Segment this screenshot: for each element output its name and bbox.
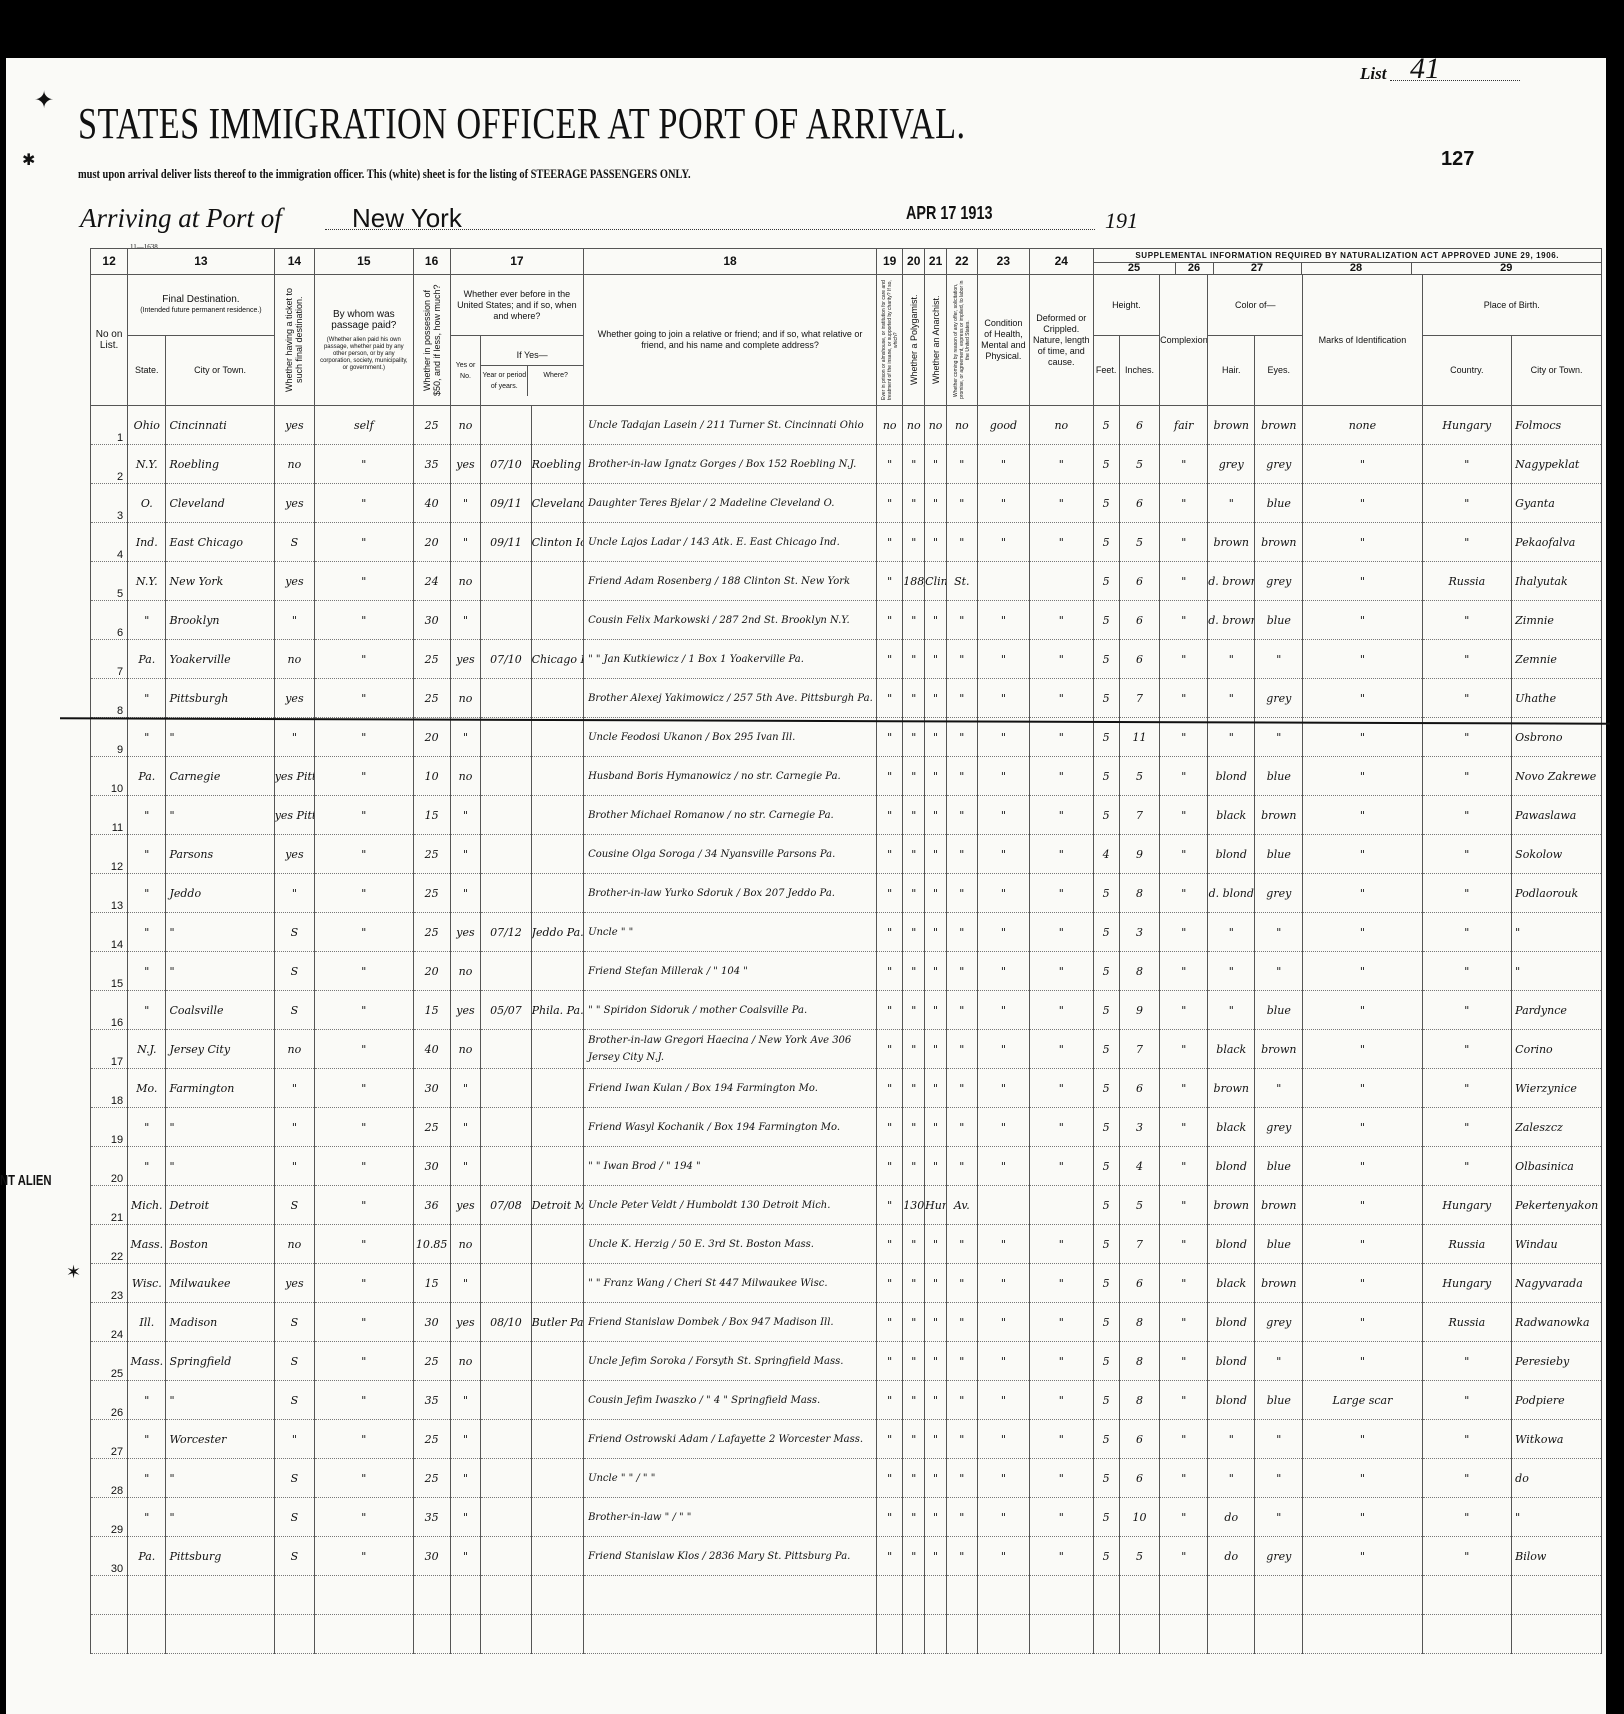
cell-money: 25	[413, 640, 450, 679]
cell-complexion: "	[1160, 1069, 1208, 1108]
cell-paid: "	[315, 796, 413, 835]
cell-before: yes	[450, 1303, 481, 1342]
cell-prison: "	[877, 523, 903, 562]
cell-join: Brother Alexej Yakimowicz / 257 5th Ave.…	[584, 679, 877, 718]
cell-ft: 5	[1093, 1264, 1119, 1303]
cell-hair: blond	[1208, 757, 1255, 796]
table-row: 28""S"25"Uncle " " / " """""""56"""""do	[91, 1459, 1602, 1498]
cell-ticket: S	[274, 1186, 314, 1225]
cell-marks: "	[1303, 757, 1422, 796]
cell-birth-city: Pekaofalva	[1512, 523, 1602, 562]
cell-hair: "	[1208, 484, 1255, 523]
cell-before: no	[450, 757, 481, 796]
cell-birth-city: Pardynce	[1512, 991, 1602, 1030]
final-destination-note: (Intended future permanent residence.)	[128, 305, 274, 316]
empty-cell	[531, 1615, 583, 1654]
cell-before: "	[450, 874, 481, 913]
cell-no: 16	[91, 991, 128, 1030]
empty-cell	[1119, 1576, 1159, 1615]
cell-marks: "	[1303, 1030, 1422, 1069]
cell-poly: 188/90	[903, 562, 925, 601]
cell-join: Cousin Felix Markowski / 287 2nd St. Bro…	[584, 601, 877, 640]
header-city: City or Town.	[166, 336, 274, 406]
cell-health: "	[977, 523, 1029, 562]
cell-no: 30	[91, 1537, 128, 1576]
cell-city: "	[166, 718, 274, 757]
cell-anarch: "	[925, 1147, 947, 1186]
cell-ft: 5	[1093, 757, 1119, 796]
cell-country: "	[1422, 445, 1512, 484]
cell-paid: "	[315, 1186, 413, 1225]
cell-year: 09/11	[481, 484, 531, 523]
cell-contract: St.	[947, 562, 978, 601]
cell-deformed: "	[1030, 835, 1093, 874]
cell-paid: "	[315, 1030, 413, 1069]
cell-birth-city: Windau	[1512, 1225, 1602, 1264]
cell-deformed: "	[1030, 484, 1093, 523]
cell-no: 18	[91, 1069, 128, 1108]
cell-contract: "	[947, 1303, 978, 1342]
cell-birth-city: Wierzynice	[1512, 1069, 1602, 1108]
cell-eyes: blue	[1255, 991, 1303, 1030]
cell-deformed: "	[1030, 445, 1093, 484]
cell-prison: "	[877, 757, 903, 796]
cell-deformed: "	[1030, 1459, 1093, 1498]
col-num-12: 12	[91, 249, 128, 275]
cell-state: O.	[128, 484, 166, 523]
cell-join: Brother Michael Romanow / no str. Carneg…	[584, 796, 877, 835]
cell-ft: 5	[1093, 991, 1119, 1030]
cell-contract: "	[947, 1225, 978, 1264]
cell-ft: 5	[1093, 1069, 1119, 1108]
cell-ticket: S	[274, 1537, 314, 1576]
cell-before: "	[450, 601, 481, 640]
cell-deformed: "	[1030, 1342, 1093, 1381]
table-row: 22Mass.Bostonno"10.85noUncle K. Herzig /…	[91, 1225, 1602, 1264]
cell-no: 19	[91, 1108, 128, 1147]
cell-state: Mich.	[128, 1186, 166, 1225]
cell-join: Uncle " "	[584, 913, 877, 952]
empty-cell	[1512, 1576, 1602, 1615]
cell-health: "	[977, 991, 1029, 1030]
cell-paid: "	[315, 1264, 413, 1303]
cell-city: Cleveland	[166, 484, 274, 523]
cell-paid: "	[315, 1342, 413, 1381]
empty-cell	[925, 1576, 947, 1615]
cell-before: "	[450, 1420, 481, 1459]
cell-ft: 5	[1093, 1303, 1119, 1342]
cell-health: "	[977, 1303, 1029, 1342]
cell-poly: "	[903, 1342, 925, 1381]
cell-ticket: S	[274, 523, 314, 562]
cell-ft: 5	[1093, 1225, 1119, 1264]
cell-no: 27	[91, 1420, 128, 1459]
cell-birth-city: Zimnie	[1512, 601, 1602, 640]
cell-ticket: S	[274, 1459, 314, 1498]
cell-marks: "	[1303, 952, 1422, 991]
cell-money: 25	[413, 835, 450, 874]
cell-ft: 5	[1093, 1108, 1119, 1147]
cell-complexion: "	[1160, 640, 1208, 679]
cell-ft: 5	[1093, 718, 1119, 757]
cell-year	[481, 1225, 531, 1264]
cell-hair: "	[1208, 1459, 1255, 1498]
cell-in: 6	[1119, 484, 1159, 523]
cell-contract: "	[947, 640, 978, 679]
cell-country: "	[1422, 1498, 1512, 1537]
cell-poly: "	[903, 1498, 925, 1537]
cell-join: Friend Stefan Millerak / " 104 "	[584, 952, 877, 991]
cell-prison: "	[877, 1186, 903, 1225]
cell-year	[481, 601, 531, 640]
cell-health: "	[977, 1381, 1029, 1420]
cell-paid: "	[315, 952, 413, 991]
header-prison: Ever in prison or almshouse, or institut…	[877, 275, 903, 406]
cell-before: no	[450, 406, 481, 445]
cell-health: "	[977, 835, 1029, 874]
header-final-destination: Final Destination. (Intended future perm…	[128, 275, 275, 336]
cell-before: no	[450, 562, 481, 601]
cell-before: "	[450, 1498, 481, 1537]
cell-poly: "	[903, 1420, 925, 1459]
cell-birth-city: Podpiere	[1512, 1381, 1602, 1420]
cell-city: Cincinnati	[166, 406, 274, 445]
cell-marks: "	[1303, 1264, 1422, 1303]
cell-prison: "	[877, 445, 903, 484]
cell-marks: "	[1303, 601, 1422, 640]
cell-ft: 5	[1093, 1030, 1119, 1069]
cell-hair: "	[1208, 679, 1255, 718]
cell-in: 6	[1119, 1264, 1159, 1303]
cell-birth-city: Peresieby	[1512, 1342, 1602, 1381]
cell-in: 5	[1119, 1537, 1159, 1576]
cell-before: yes	[450, 1186, 481, 1225]
cell-city: "	[166, 1498, 274, 1537]
year-label: Year or period of years.	[481, 366, 528, 396]
header-deformed: Deformed or Crippled. Nature, length of …	[1030, 275, 1093, 406]
table-row: 11""yes Pittsburg"15"Brother Michael Rom…	[91, 796, 1602, 835]
header-hair: Hair.	[1208, 336, 1255, 406]
cell-join: " " Franz Wang / Cheri St 447 Milwaukee …	[584, 1264, 877, 1303]
cell-poly: "	[903, 1381, 925, 1420]
cell-health: "	[977, 1498, 1029, 1537]
cell-contract: "	[947, 1498, 978, 1537]
cell-no: 15	[91, 952, 128, 991]
cell-contract: "	[947, 718, 978, 757]
header-color-of: Color of—	[1208, 275, 1303, 336]
cell-eyes: grey	[1255, 874, 1303, 913]
cell-ticket: "	[274, 1147, 314, 1186]
cell-before: no	[450, 952, 481, 991]
cell-health: "	[977, 601, 1029, 640]
cell-no: 12	[91, 835, 128, 874]
cell-year	[481, 1069, 531, 1108]
cell-before: "	[450, 1459, 481, 1498]
cell-join: Husband Boris Hymanowicz / no str. Carne…	[584, 757, 877, 796]
table-row: 12"Parsonsyes"25"Cousine Olga Soroga / 3…	[91, 835, 1602, 874]
cell-health: "	[977, 1069, 1029, 1108]
cell-complexion: "	[1160, 1225, 1208, 1264]
cell-year: 07/12	[481, 913, 531, 952]
cell-prison: "	[877, 1108, 903, 1147]
cell-before: "	[450, 796, 481, 835]
cell-hair: "	[1208, 1420, 1255, 1459]
cell-contract: "	[947, 1264, 978, 1303]
cell-money: 10.85	[413, 1225, 450, 1264]
cell-no: 11	[91, 796, 128, 835]
cell-year	[481, 679, 531, 718]
cell-where	[531, 1069, 583, 1108]
cell-state: Mo.	[128, 1069, 166, 1108]
cell-birth-city: Bilow	[1512, 1537, 1602, 1576]
cell-money: 15	[413, 991, 450, 1030]
cell-birth-city: Gyanta	[1512, 484, 1602, 523]
cell-money: 40	[413, 484, 450, 523]
cell-eyes: blue	[1255, 1381, 1303, 1420]
page-title: STATES IMMIGRATION OFFICER AT PORT OF AR…	[78, 98, 966, 149]
cell-marks: "	[1303, 835, 1422, 874]
cell-where	[531, 952, 583, 991]
cell-contract: "	[947, 874, 978, 913]
cell-ticket: S	[274, 1303, 314, 1342]
cell-paid: "	[315, 679, 413, 718]
cell-year	[481, 1420, 531, 1459]
cell-country: "	[1422, 1381, 1512, 1420]
cell-city: Jersey City	[166, 1030, 274, 1069]
cell-deformed: "	[1030, 1498, 1093, 1537]
cell-birth-city: Zemnie	[1512, 640, 1602, 679]
cell-hair: d. brown	[1208, 562, 1255, 601]
cell-health: "	[977, 1147, 1029, 1186]
cell-contract: "	[947, 523, 978, 562]
cell-anarch: Humboldt	[925, 1186, 947, 1225]
table-row: 6"Brooklyn""30"Cousin Felix Markowski / …	[91, 601, 1602, 640]
cell-where	[531, 1342, 583, 1381]
cell-prison: "	[877, 1264, 903, 1303]
cell-ft: 5	[1093, 679, 1119, 718]
table-row: 21Mich.DetroitS"36yes07/08Detroit Mich.U…	[91, 1186, 1602, 1225]
cell-eyes: "	[1255, 1498, 1303, 1537]
cell-paid: "	[315, 1147, 413, 1186]
cell-ticket: no	[274, 445, 314, 484]
cell-in: 6	[1119, 406, 1159, 445]
empty-cell	[1160, 1576, 1208, 1615]
cell-no: 29	[91, 1498, 128, 1537]
col-num-16: 16	[413, 249, 450, 275]
col-num-17: 17	[450, 249, 583, 275]
cell-contract: "	[947, 601, 978, 640]
empty-cell	[481, 1576, 531, 1615]
cell-country: "	[1422, 1420, 1512, 1459]
cell-ft: 5	[1093, 601, 1119, 640]
cell-deformed: no	[1030, 406, 1093, 445]
cell-health: "	[977, 1537, 1029, 1576]
cell-poly: "	[903, 523, 925, 562]
cell-money: 15	[413, 1264, 450, 1303]
cell-health: "	[977, 796, 1029, 835]
cell-birth-city: Pawaslawa	[1512, 796, 1602, 835]
cell-before: "	[450, 1069, 481, 1108]
cell-eyes: grey	[1255, 679, 1303, 718]
cell-where	[531, 874, 583, 913]
header-money: Whether in possession of $50, and if les…	[413, 275, 450, 406]
cell-hair: black	[1208, 1264, 1255, 1303]
header-if-yes: If Yes— Year or period of years. Where?	[481, 336, 584, 406]
cell-where	[531, 796, 583, 835]
cell-birth-city: Folmocs	[1512, 406, 1602, 445]
cell-state: Wisc.	[128, 1264, 166, 1303]
cell-state: Pa.	[128, 640, 166, 679]
empty-cell	[481, 1615, 531, 1654]
cell-health: "	[977, 445, 1029, 484]
cell-eyes: brown	[1255, 1186, 1303, 1225]
cell-money: 30	[413, 1147, 450, 1186]
empty-cell	[1030, 1576, 1093, 1615]
cell-year	[481, 757, 531, 796]
cell-before: "	[450, 1381, 481, 1420]
cell-year	[481, 1147, 531, 1186]
cell-eyes: "	[1255, 640, 1303, 679]
table-row: 20""""30"" " Iwan Brod / " 194 """""""54…	[91, 1147, 1602, 1186]
cell-money: 24	[413, 562, 450, 601]
empty-cell	[1030, 1615, 1093, 1654]
money-label: Whether in possession of $50, and if les…	[422, 280, 442, 400]
where-label: Where?	[528, 366, 583, 396]
cell-hair: blond	[1208, 1225, 1255, 1264]
cell-health: "	[977, 952, 1029, 991]
header-yes-no: Yes or No.	[450, 336, 481, 406]
col-num-21: 21	[925, 249, 947, 275]
cell-complexion: "	[1160, 874, 1208, 913]
cell-birth-city: Pekertenyakon	[1512, 1186, 1602, 1225]
cell-marks: "	[1303, 1498, 1422, 1537]
cell-prison: "	[877, 952, 903, 991]
cell-ft: 5	[1093, 1498, 1119, 1537]
cell-money: 25	[413, 679, 450, 718]
cell-birth-city: "	[1512, 913, 1602, 952]
cell-city: Milwaukee	[166, 1264, 274, 1303]
cell-deformed: "	[1030, 1108, 1093, 1147]
cell-year	[481, 952, 531, 991]
cell-ticket: S	[274, 913, 314, 952]
cell-prison: "	[877, 1381, 903, 1420]
cell-poly: "	[903, 796, 925, 835]
cell-complexion: "	[1160, 1147, 1208, 1186]
cell-poly: "	[903, 1537, 925, 1576]
cell-where: Jeddo Pa.	[531, 913, 583, 952]
cell-hair: blond	[1208, 835, 1255, 874]
cell-eyes: blue	[1255, 835, 1303, 874]
cell-hair: blond	[1208, 1381, 1255, 1420]
cell-birth-city: Podlaorouk	[1512, 874, 1602, 913]
cell-country: Russia	[1422, 1225, 1512, 1264]
ink-mark-icon: ✶	[66, 1262, 81, 1283]
cell-birth-city: Witkowa	[1512, 1420, 1602, 1459]
header-anarchist: Whether an Anarchist.	[925, 275, 947, 406]
cell-paid: "	[315, 1303, 413, 1342]
cell-ft: 5	[1093, 523, 1119, 562]
cell-poly: "	[903, 1303, 925, 1342]
cell-in: 4	[1119, 1147, 1159, 1186]
cell-anarch: "	[925, 601, 947, 640]
header-join-relative: Whether going to join a relative or frie…	[584, 275, 877, 406]
cell-state: Pa.	[128, 757, 166, 796]
cell-in: 5	[1119, 1186, 1159, 1225]
cell-health	[977, 562, 1029, 601]
cell-prison: "	[877, 1225, 903, 1264]
cell-join: Brother-in-law " / " "	[584, 1498, 877, 1537]
cell-money: 30	[413, 1303, 450, 1342]
cell-where	[531, 1264, 583, 1303]
cell-eyes: "	[1255, 1069, 1303, 1108]
cell-marks: "	[1303, 523, 1422, 562]
cell-complexion: "	[1160, 1459, 1208, 1498]
cell-country: Hungary	[1422, 1186, 1512, 1225]
cell-where	[531, 757, 583, 796]
cell-prison: "	[877, 1147, 903, 1186]
cell-health: "	[977, 1225, 1029, 1264]
cell-year	[481, 406, 531, 445]
cell-in: 5	[1119, 523, 1159, 562]
cell-paid: "	[315, 913, 413, 952]
cell-marks: "	[1303, 1225, 1422, 1264]
cell-poly: "	[903, 874, 925, 913]
cell-deformed: "	[1030, 1069, 1093, 1108]
cell-in: 6	[1119, 601, 1159, 640]
cell-year	[481, 874, 531, 913]
cell-no: 23	[91, 1264, 128, 1303]
cell-country: "	[1422, 601, 1512, 640]
cell-ticket: S	[274, 1498, 314, 1537]
header-height: Height.	[1093, 275, 1160, 336]
cell-ticket: "	[274, 874, 314, 913]
cell-join: Brother-in-law Gregori Haecina / New Yor…	[584, 1030, 877, 1069]
final-destination-label: Final Destination.	[128, 294, 274, 305]
col-num-18: 18	[584, 249, 877, 275]
cell-poly: "	[903, 1147, 925, 1186]
col-num-23: 23	[977, 249, 1029, 275]
table-row: 7Pa.Yoakervilleno"25yes07/10Chicago Ill.…	[91, 640, 1602, 679]
empty-cell	[1208, 1576, 1255, 1615]
cell-join: Brother-in-law Yurko Sdoruk / Box 207 Je…	[584, 874, 877, 913]
empty-cell	[413, 1615, 450, 1654]
cell-anarch: "	[925, 1303, 947, 1342]
cell-anarch: "	[925, 1069, 947, 1108]
cell-state: "	[128, 1381, 166, 1420]
cell-eyes: grey	[1255, 1537, 1303, 1576]
col-num-20: 20	[903, 249, 925, 275]
cell-marks: "	[1303, 1069, 1422, 1108]
cell-prison: "	[877, 718, 903, 757]
cell-hair: brown	[1208, 406, 1255, 445]
cell-anarch: "	[925, 523, 947, 562]
cell-deformed: "	[1030, 1381, 1093, 1420]
cell-no: 10	[91, 757, 128, 796]
cell-poly: "	[903, 913, 925, 952]
cell-state: "	[128, 679, 166, 718]
empty-cell	[413, 1576, 450, 1615]
cell-money: 30	[413, 1537, 450, 1576]
cell-complexion: fair	[1160, 406, 1208, 445]
cell-state: "	[128, 1459, 166, 1498]
cell-city: Roebling	[166, 445, 274, 484]
cell-where	[531, 835, 583, 874]
cell-birth-city: Ihalyutak	[1512, 562, 1602, 601]
cell-deformed: "	[1030, 913, 1093, 952]
cell-money: 20	[413, 718, 450, 757]
table-row: 18Mo.Farmington""30"Friend Iwan Kulan / …	[91, 1069, 1602, 1108]
cell-marks: "	[1303, 796, 1422, 835]
